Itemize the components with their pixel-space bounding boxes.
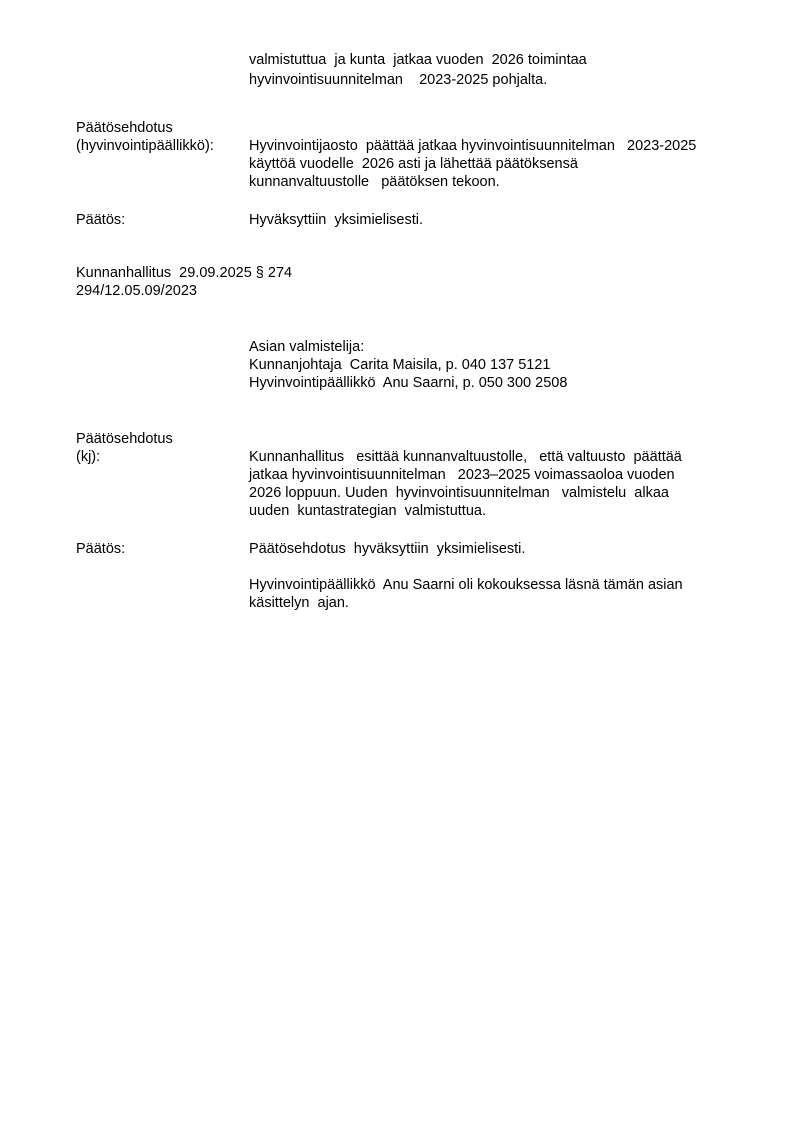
- continuation-line: hyvinvointisuunnitelman 2023-2025 pohjal…: [249, 71, 547, 89]
- attendance-note-line: käsittelyn ajan.: [249, 594, 349, 612]
- proposal-text-line: uuden kuntastrategian valmistuttua.: [249, 502, 486, 520]
- proposal-text-line: jatkaa hyvinvointisuunnitelman 2023–2025…: [249, 466, 675, 484]
- proposal-label-role: (hyvinvointipäällikkö):: [76, 137, 214, 155]
- reference-number: 294/12.05.09/2023: [76, 282, 197, 300]
- proposal-text-line: kunnanvaltuustolle päätöksen tekoon.: [249, 173, 500, 191]
- decision-label: Päätös:: [76, 211, 125, 229]
- attendance-note-line: Hyvinvointipäällikkö Anu Saarni oli koko…: [249, 576, 683, 594]
- decision-text: Hyväksyttiin yksimielisesti.: [249, 211, 423, 229]
- proposal-label: Päätösehdotus: [76, 430, 173, 448]
- decision-text: Päätösehdotus hyväksyttiin yksimielisest…: [249, 540, 525, 558]
- proposal-text-line: 2026 loppuun. Uuden hyvinvointisuunnitel…: [249, 484, 669, 502]
- continuation-line: valmistuttua ja kunta jatkaa vuoden 2026…: [249, 51, 587, 69]
- proposal-label-role: (kj):: [76, 448, 100, 466]
- proposal-text-line: Kunnanhallitus esittää kunnanvaltuustoll…: [249, 448, 682, 466]
- preparer-line: Kunnanjohtaja Carita Maisila, p. 040 137…: [249, 356, 550, 374]
- proposal-label: Päätösehdotus: [76, 119, 173, 137]
- section-heading: Kunnanhallitus 29.09.2025 § 274: [76, 264, 292, 282]
- decision-label: Päätös:: [76, 540, 125, 558]
- proposal-text-line: Hyvinvointijaosto päättää jatkaa hyvinvo…: [249, 137, 696, 155]
- proposal-text-line: käyttöä vuodelle 2026 asti ja lähettää p…: [249, 155, 578, 173]
- preparer-line: Asian valmistelija:: [249, 338, 364, 356]
- preparer-line: Hyvinvointipäällikkö Anu Saarni, p. 050 …: [249, 374, 567, 392]
- document-page: valmistuttua ja kunta jatkaa vuoden 2026…: [0, 0, 794, 1122]
